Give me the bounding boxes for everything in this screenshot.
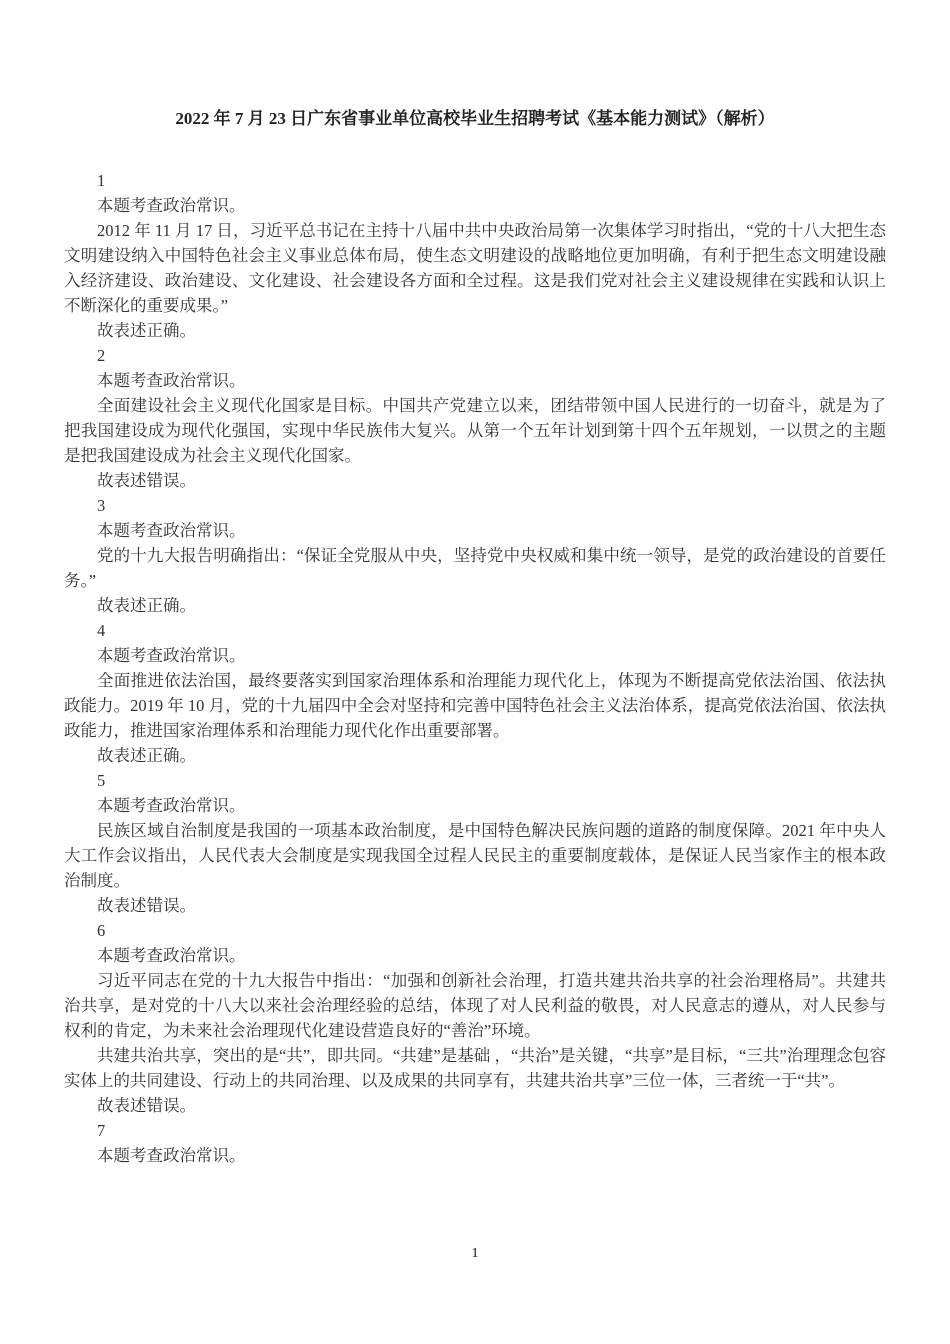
answer-conclusion: 故表述错误。 [64, 893, 886, 918]
analysis-paragraph: 民族区域自治制度是我国的一项基本政治制度，是中国特色解决民族问题的道路的制度保障… [64, 818, 886, 893]
answer-conclusion: 故表述正确。 [64, 743, 886, 768]
document-body: 1 本题考查政治常识。 2012 年 11 月 17 日，习近平总书记在主持十八… [64, 168, 886, 1168]
question-topic: 本题考查政治常识。 [64, 518, 886, 543]
question-topic: 本题考查政治常识。 [64, 643, 886, 668]
document-page: 2022 年 7 月 23 日广东省事业单位高校毕业生招聘考试《基本能力测试》（… [0, 0, 950, 1344]
analysis-paragraph: 共建共治共享，突出的是“共”，即共同。“共建”是基础 ，“共治”是关键，“共享”… [64, 1043, 886, 1093]
section-5: 5 本题考查政治常识。 民族区域自治制度是我国的一项基本政治制度，是中国特色解决… [64, 768, 886, 918]
page-title: 2022 年 7 月 23 日广东省事业单位高校毕业生招聘考试《基本能力测试》（… [0, 0, 950, 131]
answer-conclusion: 故表述正确。 [64, 318, 886, 343]
analysis-paragraph: 全面推进依法治国，最终要落实到国家治理体系和治理能力现代化上，体现为不断提高党依… [64, 668, 886, 743]
question-number: 4 [64, 618, 886, 643]
section-7: 7 本题考查政治常识。 [64, 1118, 886, 1168]
question-number: 5 [64, 768, 886, 793]
question-number: 1 [64, 168, 886, 193]
question-number: 7 [64, 1118, 886, 1143]
question-number: 3 [64, 493, 886, 518]
answer-conclusion: 故表述正确。 [64, 593, 886, 618]
question-number: 2 [64, 343, 886, 368]
question-number: 6 [64, 918, 886, 943]
analysis-paragraph: 2012 年 11 月 17 日，习近平总书记在主持十八届中共中央政治局第一次集… [64, 218, 886, 318]
section-2: 2 本题考查政治常识。 全面建设社会主义现代化国家是目标。中国共产党建立以来，团… [64, 343, 886, 493]
question-topic: 本题考查政治常识。 [64, 1143, 886, 1168]
answer-conclusion: 故表述错误。 [64, 468, 886, 493]
page-number: 1 [0, 1246, 950, 1262]
answer-conclusion: 故表述错误。 [64, 1093, 886, 1118]
section-1: 1 本题考查政治常识。 2012 年 11 月 17 日，习近平总书记在主持十八… [64, 168, 886, 343]
section-6: 6 本题考查政治常识。 习近平同志在党的十九大报告中指出：“加强和创新社会治理，… [64, 918, 886, 1118]
analysis-paragraph: 习近平同志在党的十九大报告中指出：“加强和创新社会治理，打造共建共治共享的社会治… [64, 968, 886, 1043]
analysis-paragraph: 党的十九大报告明确指出：“保证全党服从中央，坚持党中央权威和集中统一领导，是党的… [64, 543, 886, 593]
question-topic: 本题考查政治常识。 [64, 193, 886, 218]
question-topic: 本题考查政治常识。 [64, 943, 886, 968]
question-topic: 本题考查政治常识。 [64, 368, 886, 393]
question-topic: 本题考查政治常识。 [64, 793, 886, 818]
section-3: 3 本题考查政治常识。 党的十九大报告明确指出：“保证全党服从中央，坚持党中央权… [64, 493, 886, 618]
analysis-paragraph: 全面建设社会主义现代化国家是目标。中国共产党建立以来，团结带领中国人民进行的一切… [64, 393, 886, 468]
section-4: 4 本题考查政治常识。 全面推进依法治国，最终要落实到国家治理体系和治理能力现代… [64, 618, 886, 768]
